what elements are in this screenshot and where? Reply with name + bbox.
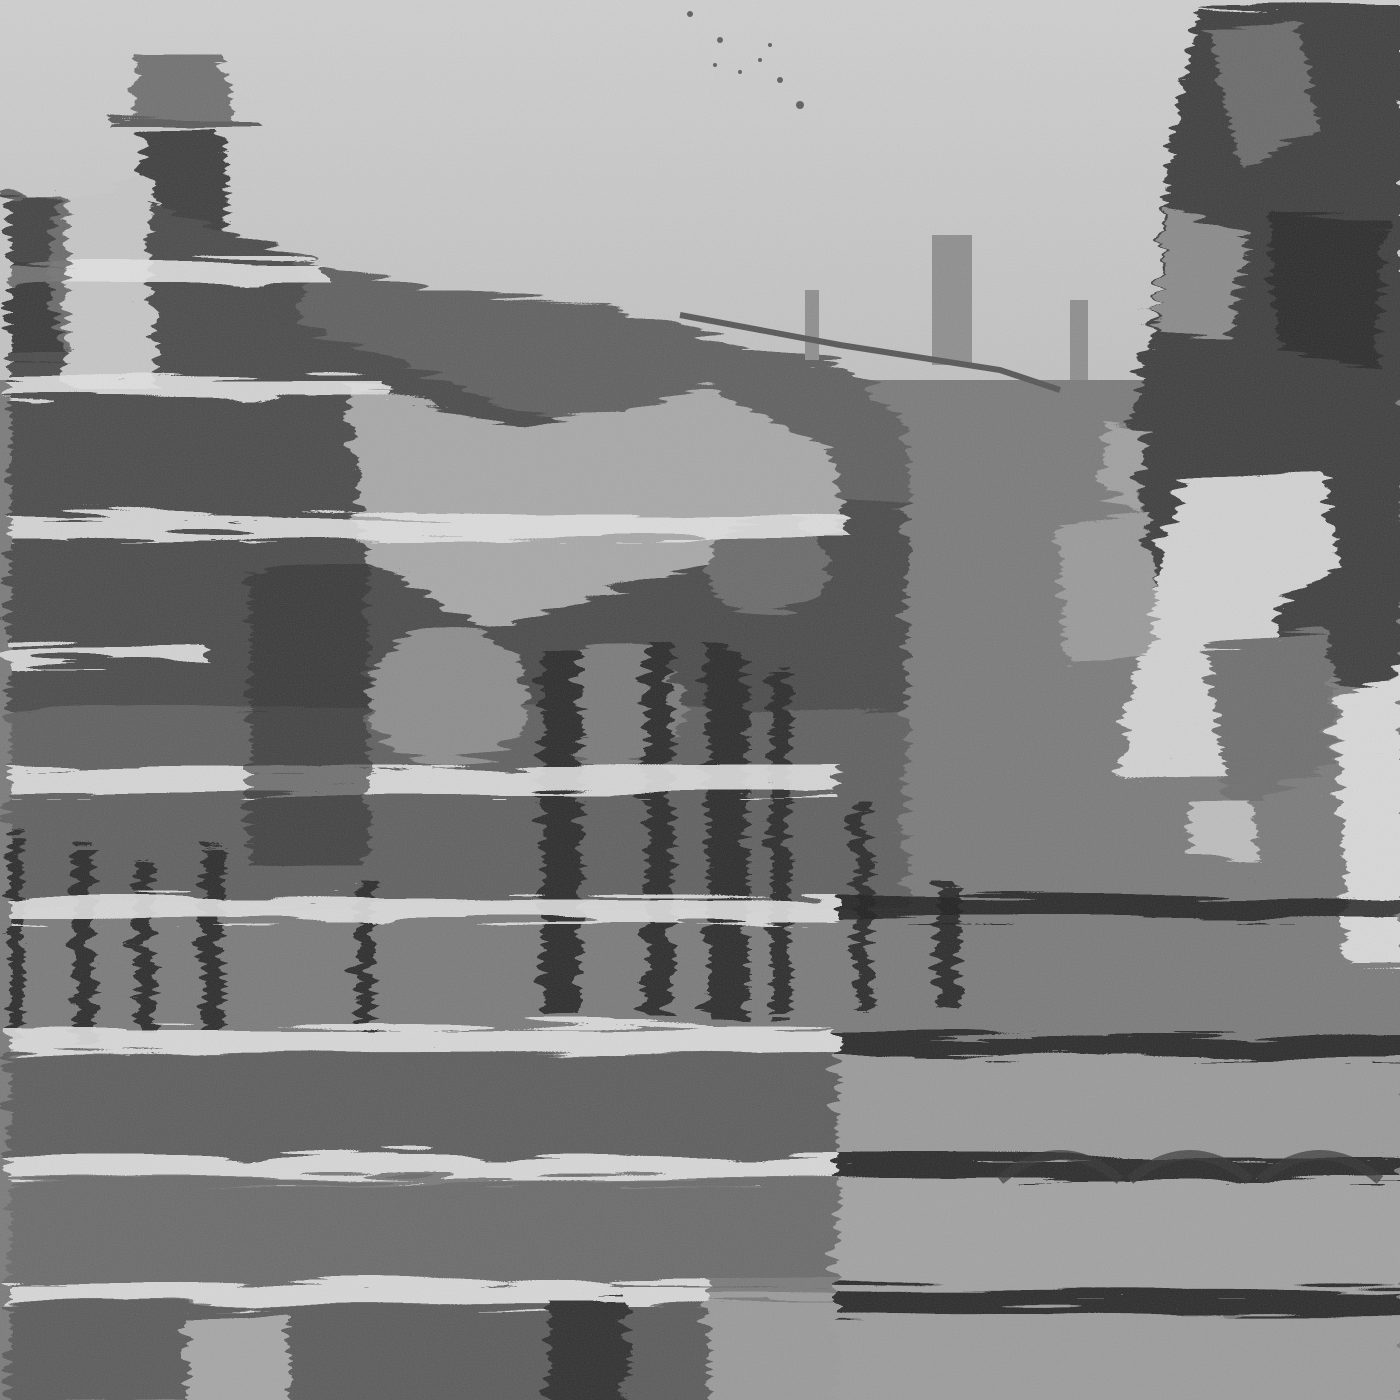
glitch-photograph (0, 0, 1400, 1400)
film-grain (0, 0, 1400, 1400)
